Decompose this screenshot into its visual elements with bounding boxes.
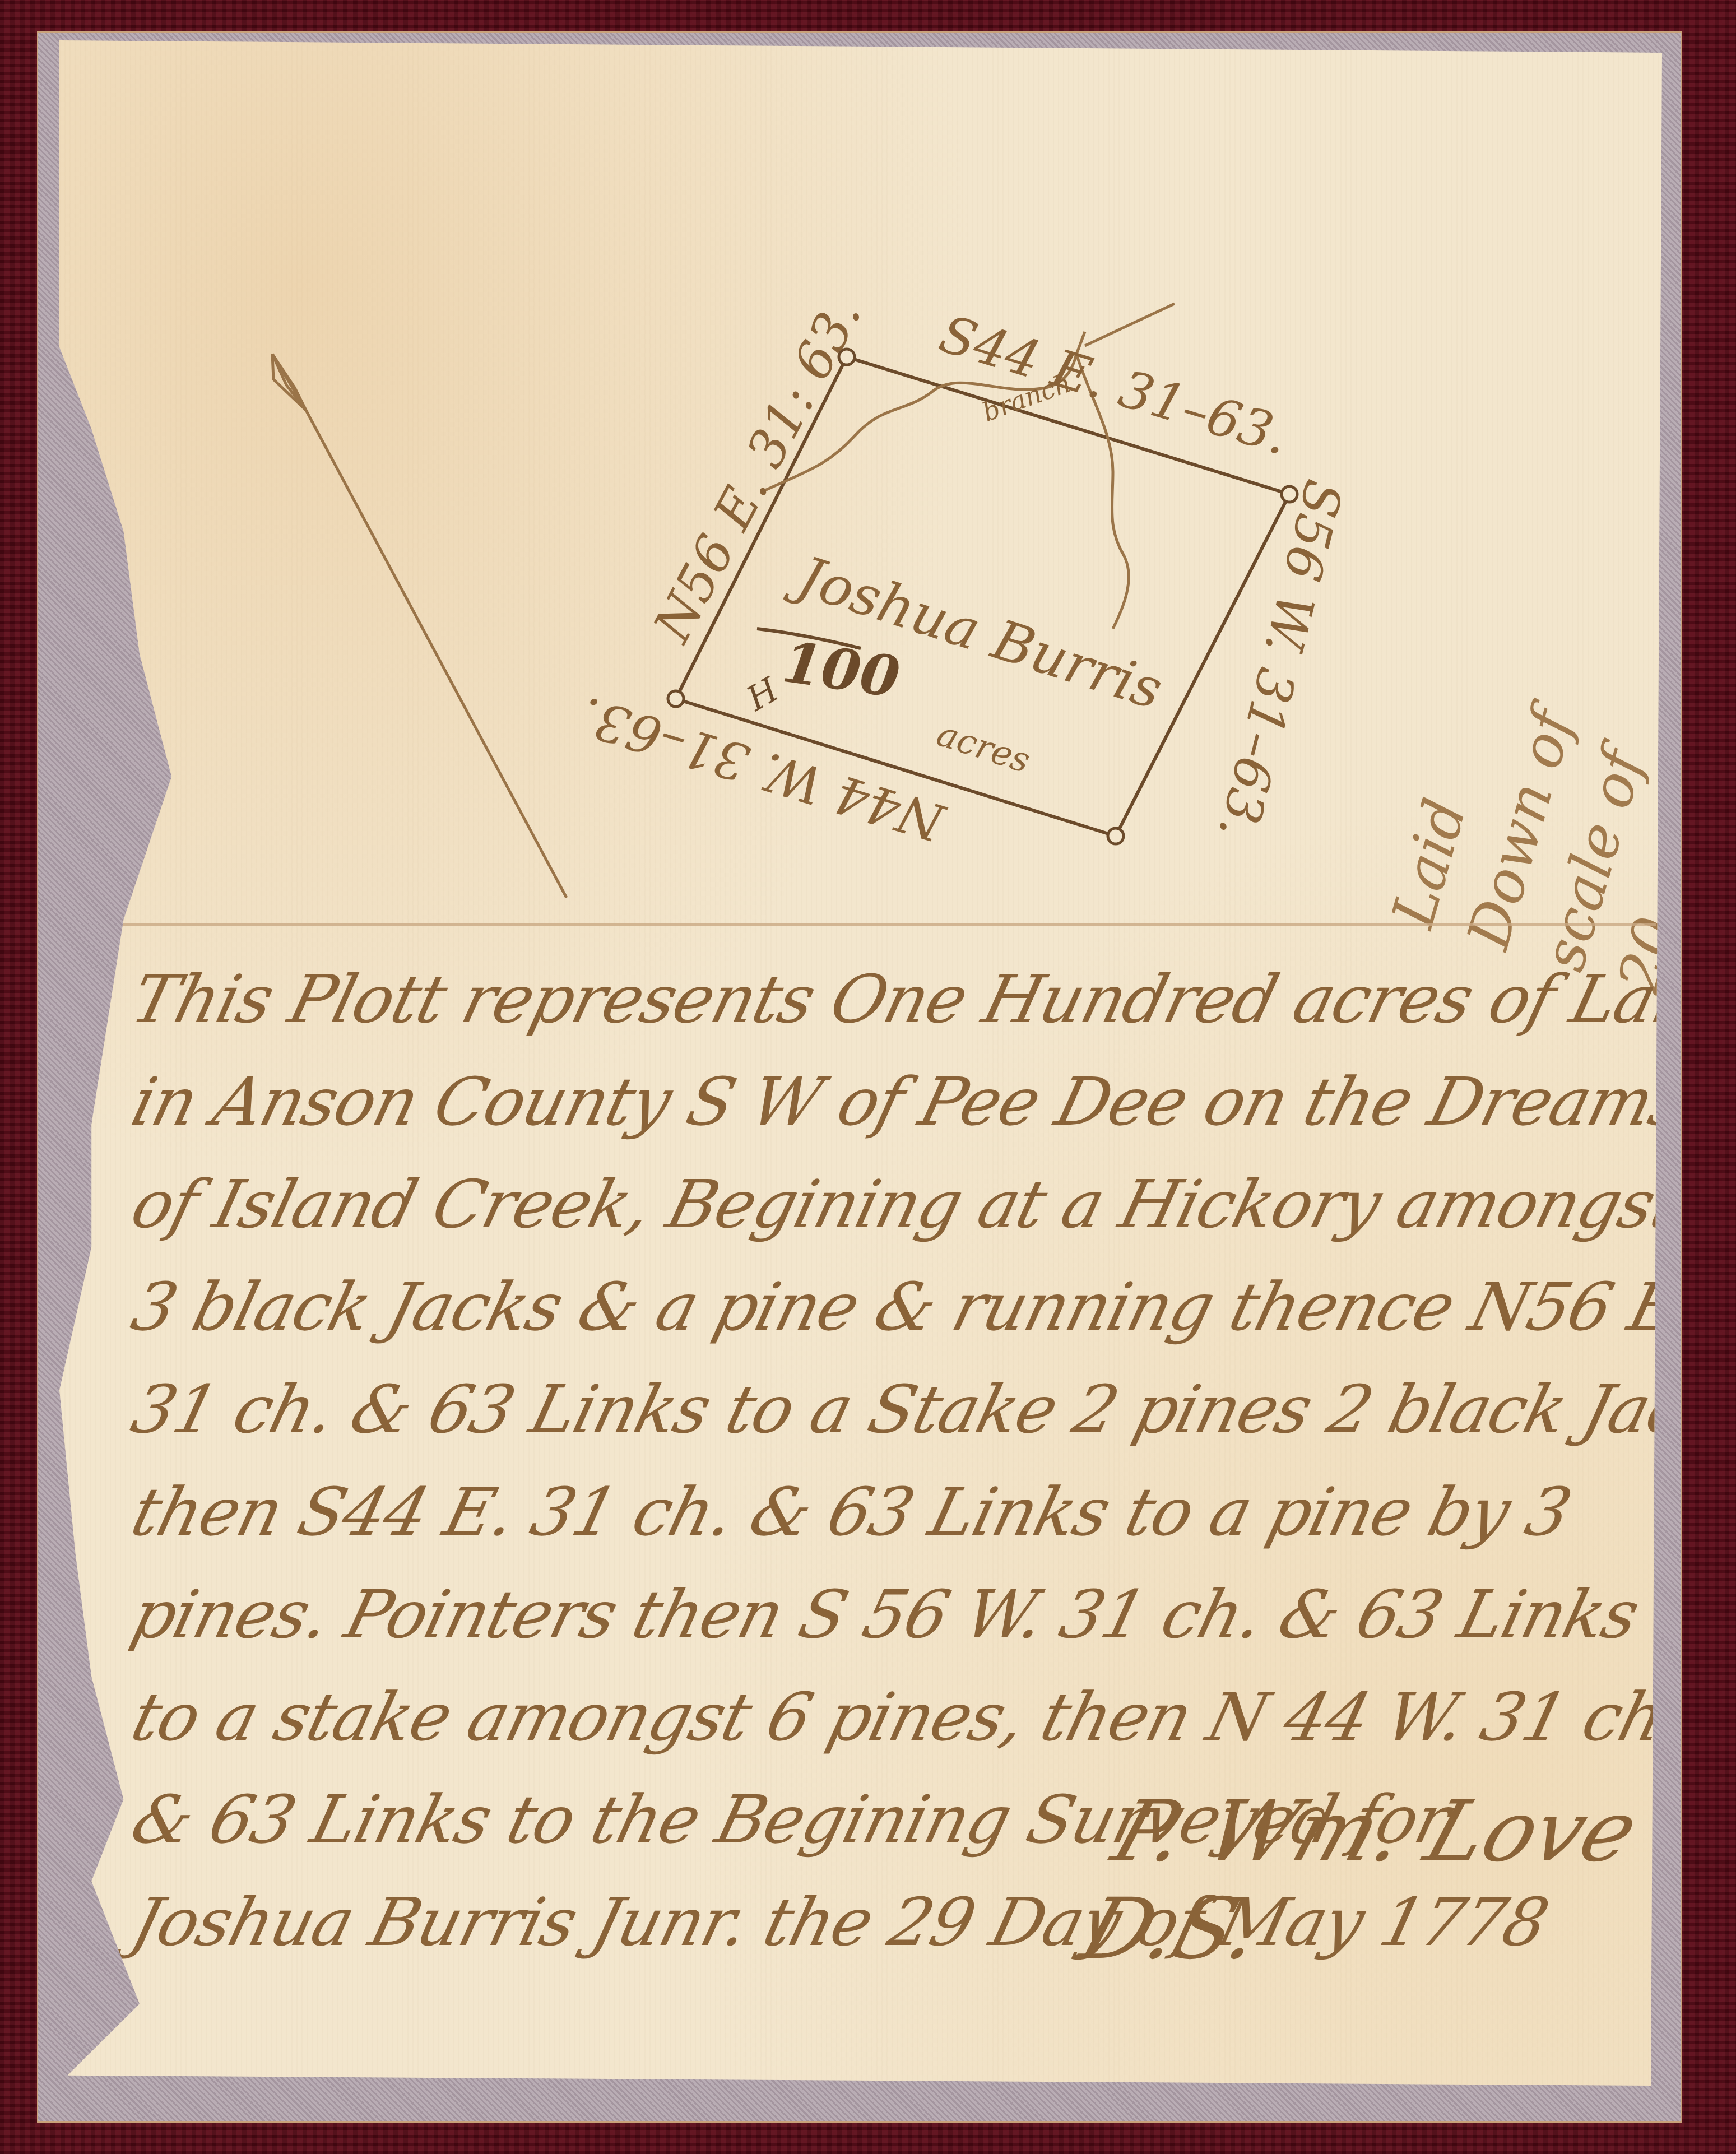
text-line: This Plott represents One Hundred acres … [121, 948, 1660, 1051]
north-arrow-icon [272, 354, 567, 898]
text-line: 3 black Jacks & a pine & running thence … [121, 1256, 1660, 1358]
text-line: to a stake amongst 6 pines, then N 44 W.… [121, 1666, 1660, 1768]
text-line: 31 ch. & 63 Links to a Stake 2 pines 2 b… [121, 1358, 1660, 1461]
text-line: then S44 E. 31 ch. & 63 Links to a pine … [121, 1461, 1660, 1563]
survey-document: S44 E. 31–63. N56 E. 31: 63. S56 W. 31–6… [59, 40, 1662, 2086]
scale-note-line-2: ch. p. Inch [1675, 723, 1736, 1044]
section-divider-line [82, 923, 1656, 926]
text-line: pines. Pointers then S 56 W. 31 ch. & 63… [121, 1563, 1660, 1666]
surveyor-signature: P. Wm. Love D.S. [1070, 1783, 1693, 1978]
text-line: in Anson County S W of Pee Dee on the Dr… [121, 1051, 1660, 1153]
text-line: of Island Creek, Begining at a Hickory a… [121, 1153, 1660, 1256]
